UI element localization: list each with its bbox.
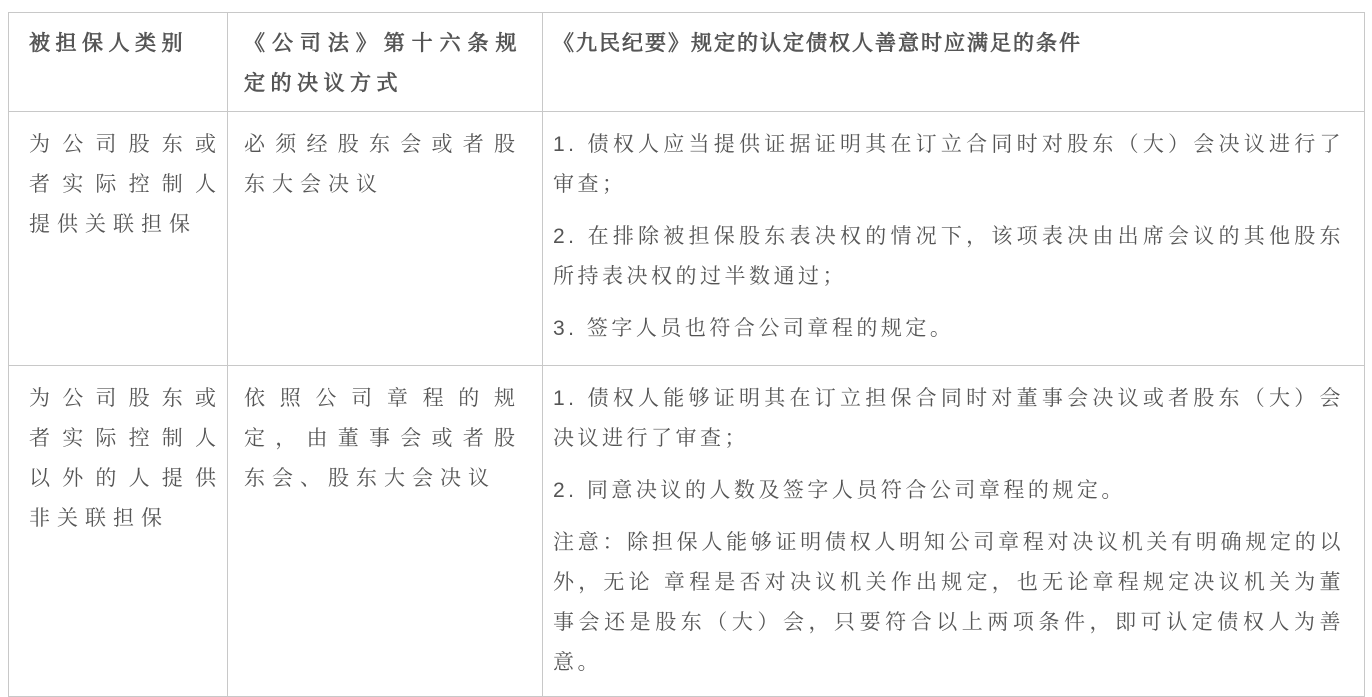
cell-good-faith-conditions: 1. 债权人能够证明其在订立担保合同时对董事会决议或者股东（大）会决议进行了审查…: [543, 366, 1365, 697]
cell-good-faith-conditions: 1. 债权人应当提供证据证明其在订立合同时对股东（大）会决议进行了审查； 2. …: [543, 112, 1365, 366]
condition-paragraph: 1. 债权人能够证明其在订立担保合同时对董事会决议或者股东（大）会决议进行了审查…: [553, 379, 1344, 459]
condition-note-paragraph: 注意：除担保人能够证明债权人明知公司章程对决议机关有明确规定的以外，无论 章程是…: [553, 523, 1344, 683]
table-header-row: 被担保人类别 《公司法》第十六条规定的决议方式 《九民纪要》规定的认定债权人善意…: [9, 13, 1365, 112]
guarantee-resolution-rules-table: 被担保人类别 《公司法》第十六条规定的决议方式 《九民纪要》规定的认定债权人善意…: [8, 12, 1365, 697]
condition-paragraph: 3. 签字人员也符合公司章程的规定。: [553, 309, 1344, 349]
cell-guaranteed-party-type: 为公司股东或者实际控制人提供关联担保: [9, 112, 228, 366]
header-cell-good-faith-conditions: 《九民纪要》规定的认定债权人善意时应满足的条件: [543, 13, 1365, 112]
table-row-related-guarantee: 为公司股东或者实际控制人提供关联担保 必须经股东会或者股东大会决议 1. 债权人…: [9, 112, 1365, 366]
header-cell-company-law-resolution-method: 《公司法》第十六条规定的决议方式: [228, 13, 543, 112]
condition-paragraph: 1. 债权人应当提供证据证明其在订立合同时对股东（大）会决议进行了审查；: [553, 125, 1344, 205]
condition-paragraph: 2. 同意决议的人数及签字人员符合公司章程的规定。: [553, 471, 1344, 511]
cell-guaranteed-party-type: 为公司股东或者实际控制人以外的人提供非关联担保: [9, 366, 228, 697]
cell-resolution-method: 依照公司章程的规定，由董事会或者股东会、股东大会决议: [228, 366, 543, 697]
table-row-non-related-guarantee: 为公司股东或者实际控制人以外的人提供非关联担保 依照公司章程的规定，由董事会或者…: [9, 366, 1365, 697]
condition-paragraph: 2. 在排除被担保股东表决权的情况下，该项表决由出席会议的其他股东所持表决权的过…: [553, 217, 1344, 297]
header-cell-guaranteed-party-type: 被担保人类别: [9, 13, 228, 112]
cell-resolution-method: 必须经股东会或者股东大会决议: [228, 112, 543, 366]
